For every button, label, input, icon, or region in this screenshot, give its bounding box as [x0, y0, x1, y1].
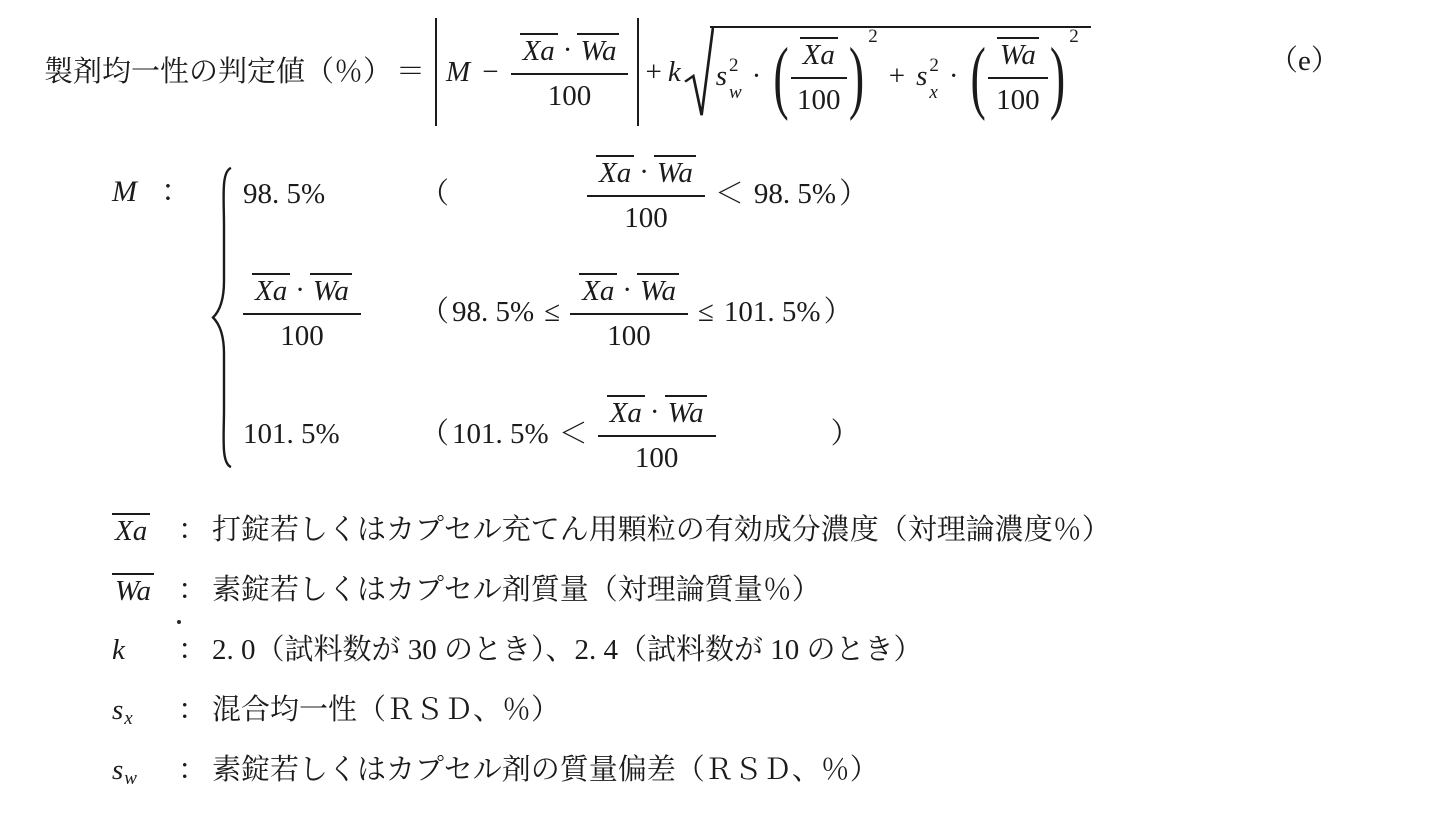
var-Wa: Wa: [668, 397, 704, 429]
var-s: s: [916, 59, 927, 94]
var-sw-squared: s 2 w: [716, 54, 742, 100]
close-paren: ）: [824, 295, 853, 330]
var-Xa: Xa: [255, 275, 287, 307]
var-Wa: Wa: [115, 575, 151, 607]
definition-text: 2. 0（試料数が 30 のとき）、2. 4（試料数が 10 のとき）: [212, 633, 923, 668]
document-page: { "colors": { "background": "#ffffff", "…: [0, 0, 1456, 816]
var-Xa: Xa: [803, 39, 835, 71]
case2-lower-bound: 98. 5%: [452, 295, 534, 330]
radicand: s 2 w · ( Xa 100 ) 2 + s: [710, 26, 1091, 118]
left-curly-brace-icon: [210, 165, 234, 470]
definition-row-wa: Wa ： 素錠若しくはカプセル剤質量（対理論質量％）: [112, 560, 1332, 620]
subscript-x: x: [124, 708, 132, 731]
xa-overline: Xa: [800, 37, 838, 72]
colon: ：: [161, 174, 191, 210]
fraction-numerator: Xa · Wa: [598, 393, 716, 437]
colon: ：: [178, 513, 212, 548]
definition-text: 素錠若しくはカプセル剤質量（対理論質量％）: [212, 573, 821, 608]
multiply-dot-icon: ·: [621, 273, 633, 308]
definition-row-k: k ： 2. 0（試料数が 30 のとき）、2. 4（試料数が 10 のとき）: [112, 620, 1332, 680]
wa-overline: Wa: [637, 273, 679, 308]
fraction-xa-wa-over-100: Xa · Wa 100: [511, 31, 629, 114]
var-sx-squared: s 2 x: [916, 54, 939, 100]
term-sx: sx: [112, 693, 178, 728]
open-paren: （: [420, 177, 449, 212]
superscript-2: 2: [1069, 26, 1079, 49]
fraction-xa-wa-over-100: Xa · Wa 100: [243, 271, 361, 354]
case1-value: 98. 5%: [243, 177, 420, 212]
formula-lhs-label: 製剤均一性の判定値（％）: [44, 55, 392, 90]
var-k: k: [668, 55, 681, 90]
fraction-wa-over-100: Wa 100: [988, 35, 1048, 118]
fraction-denominator: 100: [635, 437, 679, 476]
var-Wa: Wa: [313, 275, 349, 307]
term-xa-bar: Xa: [112, 513, 178, 548]
wa-overline: Wa: [112, 573, 154, 608]
definition-row-xa: Xa ： 打錠若しくはカプセル充てん用顆粒の有効成分濃度（対理論濃度％）: [112, 500, 1332, 560]
var-M: M: [446, 55, 470, 90]
multiply-dot-icon: ·: [638, 155, 650, 190]
case3-condition: （ 101. 5% ＜ Xa · Wa 100 ）: [420, 393, 860, 476]
variable-definitions: Xa ： 打錠若しくはカプセル充てん用顆粒の有効成分濃度（対理論濃度％） Wa …: [112, 500, 1332, 800]
plus-operator: +: [643, 55, 663, 90]
wa-overline: Wa: [654, 155, 696, 190]
multiply-dot-icon: ·: [751, 59, 763, 94]
fraction-xa-over-100: Xa 100: [791, 35, 847, 118]
xa-overline: Xa: [252, 273, 290, 308]
var-Xa: Xa: [610, 397, 642, 429]
radical-sign-icon: [683, 26, 714, 118]
case3-lower-bound: 101. 5%: [452, 417, 549, 452]
fraction-xa-wa-over-100: Xa · Wa 100: [598, 393, 716, 476]
open-paren: (: [773, 36, 788, 118]
close-paren: ）: [831, 417, 860, 452]
var-Xa: Xa: [115, 515, 147, 547]
definition-text: 打錠若しくはカプセル充てん用顆粒の有効成分濃度（対理論濃度％）: [212, 513, 1111, 548]
case-row-1: 98. 5% （ Xa · Wa 100 ＜ 98. 5% ）: [243, 150, 868, 238]
colon: ：: [178, 753, 212, 788]
fraction-denominator: 100: [280, 315, 324, 354]
fraction-denominator: 100: [607, 315, 651, 354]
case-row-2: Xa · Wa 100 （ 98. 5% ≤ Xa · Wa 100 ≤ 101…: [243, 266, 853, 358]
var-Wa: Wa: [640, 275, 676, 307]
xa-overline: Xa: [112, 513, 150, 548]
definition-text: 混合均一性（ＲＳＤ、％）: [212, 693, 560, 728]
subscript-w: w: [124, 768, 137, 791]
multiply-dot-icon: ·: [649, 395, 661, 430]
case2-condition: （ 98. 5% ≤ Xa · Wa 100 ≤ 101. 5% ）: [420, 271, 853, 354]
equation-label-e: （e）: [1269, 44, 1340, 79]
multiply-dot-icon: ·: [948, 59, 960, 94]
definition-text: 素錠若しくはカプセル剤の質量偏差（ＲＳＤ、％）: [212, 753, 879, 788]
square-root-group: s 2 w · ( Xa 100 ) 2 + s: [683, 26, 1091, 118]
case-row-3: 101. 5% （ 101. 5% ＜ Xa · Wa 100 ）: [243, 388, 860, 480]
wa-overline: Wa: [665, 395, 707, 430]
var-Xa: Xa: [599, 157, 631, 189]
m-cases-block: M ： 98. 5% （ Xa · Wa 100 ＜ 98. 5% ）: [112, 150, 912, 495]
fraction-numerator: Xa · Wa: [587, 153, 705, 197]
xa-overline: Xa: [596, 155, 634, 190]
fraction-numerator: Wa: [988, 35, 1048, 79]
squared-paren-xa-term: ( Xa 100 ) 2: [771, 35, 877, 118]
term-wa-bar: Wa: [112, 573, 178, 608]
subscript-x: x: [929, 83, 937, 102]
wa-overline: Wa: [577, 33, 619, 68]
equals-sign: ＝: [396, 55, 425, 90]
var-Xa: Xa: [523, 35, 555, 67]
var-s: s: [112, 753, 123, 788]
multiply-dot-icon: ·: [562, 33, 574, 68]
open-paren: （: [420, 295, 449, 330]
var-M: M: [112, 174, 137, 210]
term-k: k: [112, 633, 178, 668]
var-s: s: [112, 693, 123, 728]
fraction-denominator: 100: [624, 197, 668, 236]
var-Wa: Wa: [657, 157, 693, 189]
superscript-2: 2: [729, 56, 739, 75]
less-equal-sign: ≤: [698, 295, 714, 330]
close-paren: ）: [839, 177, 868, 212]
minus-operator: −: [480, 55, 500, 90]
definition-row-sx: sx ： 混合均一性（ＲＳＤ、％）: [112, 680, 1332, 740]
absolute-value-group: M − Xa · Wa 100: [435, 18, 639, 127]
colon: ：: [178, 573, 212, 608]
less-equal-sign: ≤: [544, 295, 560, 330]
fraction-denominator: 100: [996, 79, 1040, 118]
case2-upper-bound: 101. 5%: [724, 295, 821, 330]
multiply-dot-icon: ·: [294, 273, 306, 308]
var-Wa: Wa: [1000, 39, 1036, 71]
close-paren: ): [1050, 36, 1065, 118]
xa-overline: Xa: [579, 273, 617, 308]
definition-row-sw: sw ： 素錠若しくはカプセル剤の質量偏差（ＲＳＤ、％）: [112, 740, 1332, 800]
term-sw: sw: [112, 753, 178, 788]
uniformity-judgement-formula: 製剤均一性の判定値（％） ＝ M − Xa · Wa 100 + k s 2 w: [44, 12, 1091, 132]
case3-value: 101. 5%: [243, 417, 420, 452]
close-paren: ): [849, 36, 864, 118]
var-k: k: [112, 633, 125, 668]
plus-operator: +: [887, 59, 907, 94]
xa-overline: Xa: [520, 33, 558, 68]
fraction-xa-wa-over-100: Xa · Wa 100: [570, 271, 688, 354]
case1-bound: 98. 5%: [754, 177, 836, 212]
superscript-2: 2: [868, 26, 878, 49]
fraction-xa-wa-over-100: Xa · Wa 100: [587, 153, 705, 236]
colon: ：: [178, 693, 212, 728]
wa-overline: Wa: [310, 273, 352, 308]
subscript-w: w: [729, 83, 742, 102]
var-s: s: [716, 59, 727, 94]
less-than-sign: ＜: [715, 177, 744, 212]
fraction-denominator: 100: [548, 75, 592, 114]
sx-scripts: 2 x: [929, 56, 939, 102]
m-cases-lhs: M ：: [112, 174, 191, 210]
fraction-numerator: Xa · Wa: [243, 271, 361, 315]
wa-overline: Wa: [997, 37, 1039, 72]
sw-scripts: 2 w: [729, 56, 742, 102]
fraction-numerator: Xa · Wa: [570, 271, 688, 315]
case2-value: Xa · Wa 100: [243, 271, 420, 354]
colon: ：: [178, 633, 212, 668]
ink-dot-artifact: [177, 620, 181, 624]
open-paren: (: [971, 36, 986, 118]
fraction-denominator: 100: [797, 79, 841, 118]
superscript-2: 2: [929, 56, 939, 75]
var-Wa: Wa: [580, 35, 616, 67]
case1-condition: （ Xa · Wa 100 ＜ 98. 5% ）: [420, 153, 868, 236]
xa-overline: Xa: [607, 395, 645, 430]
less-than-sign: ＜: [559, 417, 588, 452]
var-Xa: Xa: [582, 275, 614, 307]
open-paren: （: [420, 417, 449, 452]
fraction-numerator: Xa: [791, 35, 847, 79]
squared-paren-wa-term: ( Wa 100 ) 2: [969, 35, 1079, 118]
fraction-numerator: Xa · Wa: [511, 31, 629, 75]
